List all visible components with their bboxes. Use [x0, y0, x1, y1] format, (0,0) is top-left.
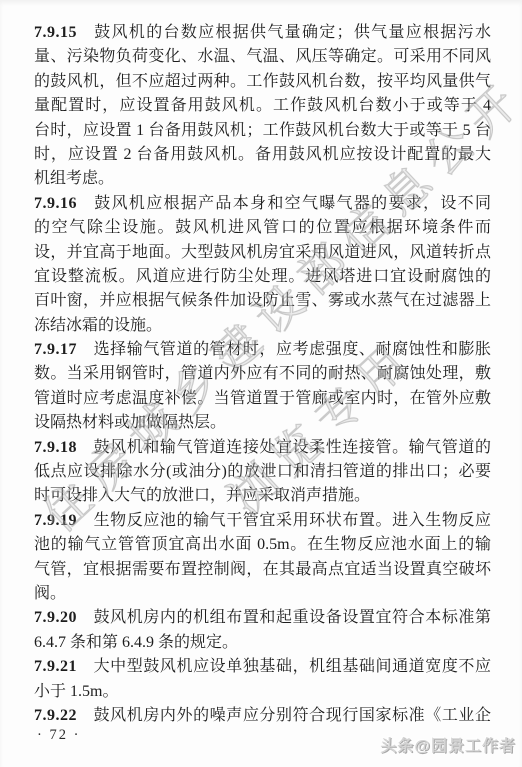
clause-number: 7.9.16 [34, 195, 77, 212]
document-page: 住房城乡建设部信息公开 浏览专用 7.9.15鼓风机的台数应根据供气量确定；供气… [0, 0, 522, 767]
text-line: 7.9.16鼓风机应根据产品本身和空气曝气器的要求，设不同 [34, 192, 491, 216]
text-line: 阀。 [34, 582, 491, 606]
text-line: 7.9.15鼓风机的台数应根据供气量确定；供气量应根据污水 [34, 21, 491, 45]
clause-number: 7.9.17 [34, 341, 77, 358]
clause-number: 7.9.22 [34, 707, 77, 724]
clause-paragraph: 7.9.17选择输气管道的管材时，应考虑强度、耐腐蚀性和膨胀系数。当采用钢管时，… [34, 338, 491, 436]
text-line: 宜设整流板。风道应进行防尘处理。进风塔进口宜设耐腐蚀的 [34, 265, 491, 289]
clause-text: 鼓风机应根据产品本身和空气曝气器的要求，设不同 [93, 195, 491, 212]
clause-text: 鼓风机和输气管道连接处宜设柔性连接管。输气管道的 [93, 439, 491, 456]
text-line: 台时，应设置 1 台备用鼓风机；工作鼓风机台数大于或等于 5 台 [34, 119, 491, 143]
text-line: 7.9.17选择输气管道的管材时，应考虑强度、耐腐蚀性和膨胀系 [34, 338, 491, 362]
text-line: 设隔热材料或加做隔热层。 [34, 411, 491, 435]
clause-text: 大中型鼓风机应设单独基础，机组基础间通道宽度不应 [93, 658, 491, 675]
clause-text: 选择输气管道的管材时，应考虑强度、耐腐蚀性和膨胀系 [34, 341, 491, 362]
text-line: 百叶窗，并应根据气候条件加设防止雪、雾或水蒸气在过滤器上 [34, 289, 491, 313]
clause-number: 7.9.18 [34, 439, 77, 456]
clause-paragraph: 7.9.22鼓风机房内外的噪声应分别符合现行国家标准《工业企 [34, 704, 491, 728]
clause-text: 鼓风机的台数应根据供气量确定；供气量应根据污水 [93, 24, 491, 41]
clause-text: 鼓风机房内的机组布置和起重设备设置宜符合本标准第 [93, 609, 491, 626]
text-line: 7.9.20鼓风机房内的机组布置和起重设备设置宜符合本标准第 [34, 606, 491, 630]
clause-paragraph: 7.9.21大中型鼓风机应设单独基础，机组基础间通道宽度不应小于 1.5m。 [34, 655, 491, 704]
text-line: 7.9.22鼓风机房内外的噪声应分别符合现行国家标准《工业企 [34, 704, 491, 728]
clause-paragraph: 7.9.16鼓风机应根据产品本身和空气曝气器的要求，设不同的空气除尘设施。鼓风机… [34, 192, 491, 338]
text-line: 机组考虑。 [34, 167, 491, 191]
clause-number: 7.9.15 [34, 24, 77, 41]
clause-number: 7.9.19 [34, 512, 77, 529]
text-line: 时，应设置 2 台备用鼓风机。备用鼓风机应按设计配置的最大 [34, 143, 491, 167]
text-line: 设，并宜高于地面。大型鼓风机房宜采用风道进风，风道转折点 [34, 241, 491, 265]
clause-number: 7.9.20 [34, 609, 77, 626]
text-line: 7.9.18鼓风机和输气管道连接处宜设柔性连接管。输气管道的 [34, 436, 491, 460]
toutiao-author-logo: 头条@园景工作者 [380, 733, 516, 756]
text-line: 6.4.7 条和第 6.4.9 条的规定。 [34, 631, 491, 655]
text-line: 的鼓风机，但不应超过两种。工作鼓风机台数，按平均风量供气 [34, 70, 491, 94]
text-line: 池的输气立管管顶宜高出水面 0.5m。在生物反应池水面上的输 [34, 533, 491, 557]
text-line: 管道时应考虑温度补偿。当管道置于管廊或室内时，在管外应敷 [34, 387, 491, 411]
text-line: 数。当采用钢管时，管道内外应有不同的耐热、耐腐蚀处理，敷设 [34, 362, 491, 386]
clause-paragraph: 7.9.20鼓风机房内的机组布置和起重设备设置宜符合本标准第6.4.7 条和第 … [34, 606, 491, 655]
clause-number: 7.9.21 [34, 658, 77, 675]
clause-text: 生物反应池的输气干管宜采用环状布置。进入生物反应 [93, 512, 491, 529]
page-number: · 72 · [37, 727, 80, 744]
document-body: 7.9.15鼓风机的台数应根据供气量确定；供气量应根据污水量、污染物负荷变化、水… [34, 21, 491, 728]
text-line: 冻结冰霜的设施。 [34, 314, 491, 338]
text-line: 7.9.19生物反应池的输气干管宜采用环状布置。进入生物反应 [34, 509, 491, 533]
text-line: 的空气除尘设施。鼓风机进风管口的位置应根据环境条件而 [34, 216, 491, 240]
clause-text: 鼓风机房内外的噪声应分别符合现行国家标准《工业企 [93, 707, 491, 724]
text-line: 时可设排入大气的放泄口，并应采取消声措施。 [34, 484, 491, 508]
text-line: 量配置时，应设置备用鼓风机。工作鼓风机台数小于或等于 4 [34, 94, 491, 118]
clause-paragraph: 7.9.18鼓风机和输气管道连接处宜设柔性连接管。输气管道的低点应设排除水分(或… [34, 436, 491, 509]
text-line: 量、污染物负荷变化、水温、气温、风压等确定。可采用不同风量 [34, 45, 491, 69]
text-line: 气管，宜根据需要布置控制阀，在其最高点宜适当设置真空破坏 [34, 558, 491, 582]
clause-paragraph: 7.9.15鼓风机的台数应根据供气量确定；供气量应根据污水量、污染物负荷变化、水… [34, 21, 491, 192]
text-line: 7.9.21大中型鼓风机应设单独基础，机组基础间通道宽度不应 [34, 655, 491, 679]
text-line: 小于 1.5m。 [34, 680, 491, 704]
clause-paragraph: 7.9.19生物反应池的输气干管宜采用环状布置。进入生物反应池的输气立管管顶宜高… [34, 509, 491, 607]
text-line: 低点应设排除水分(或油分)的放泄口和清扫管道的排出口；必要 [34, 460, 491, 484]
